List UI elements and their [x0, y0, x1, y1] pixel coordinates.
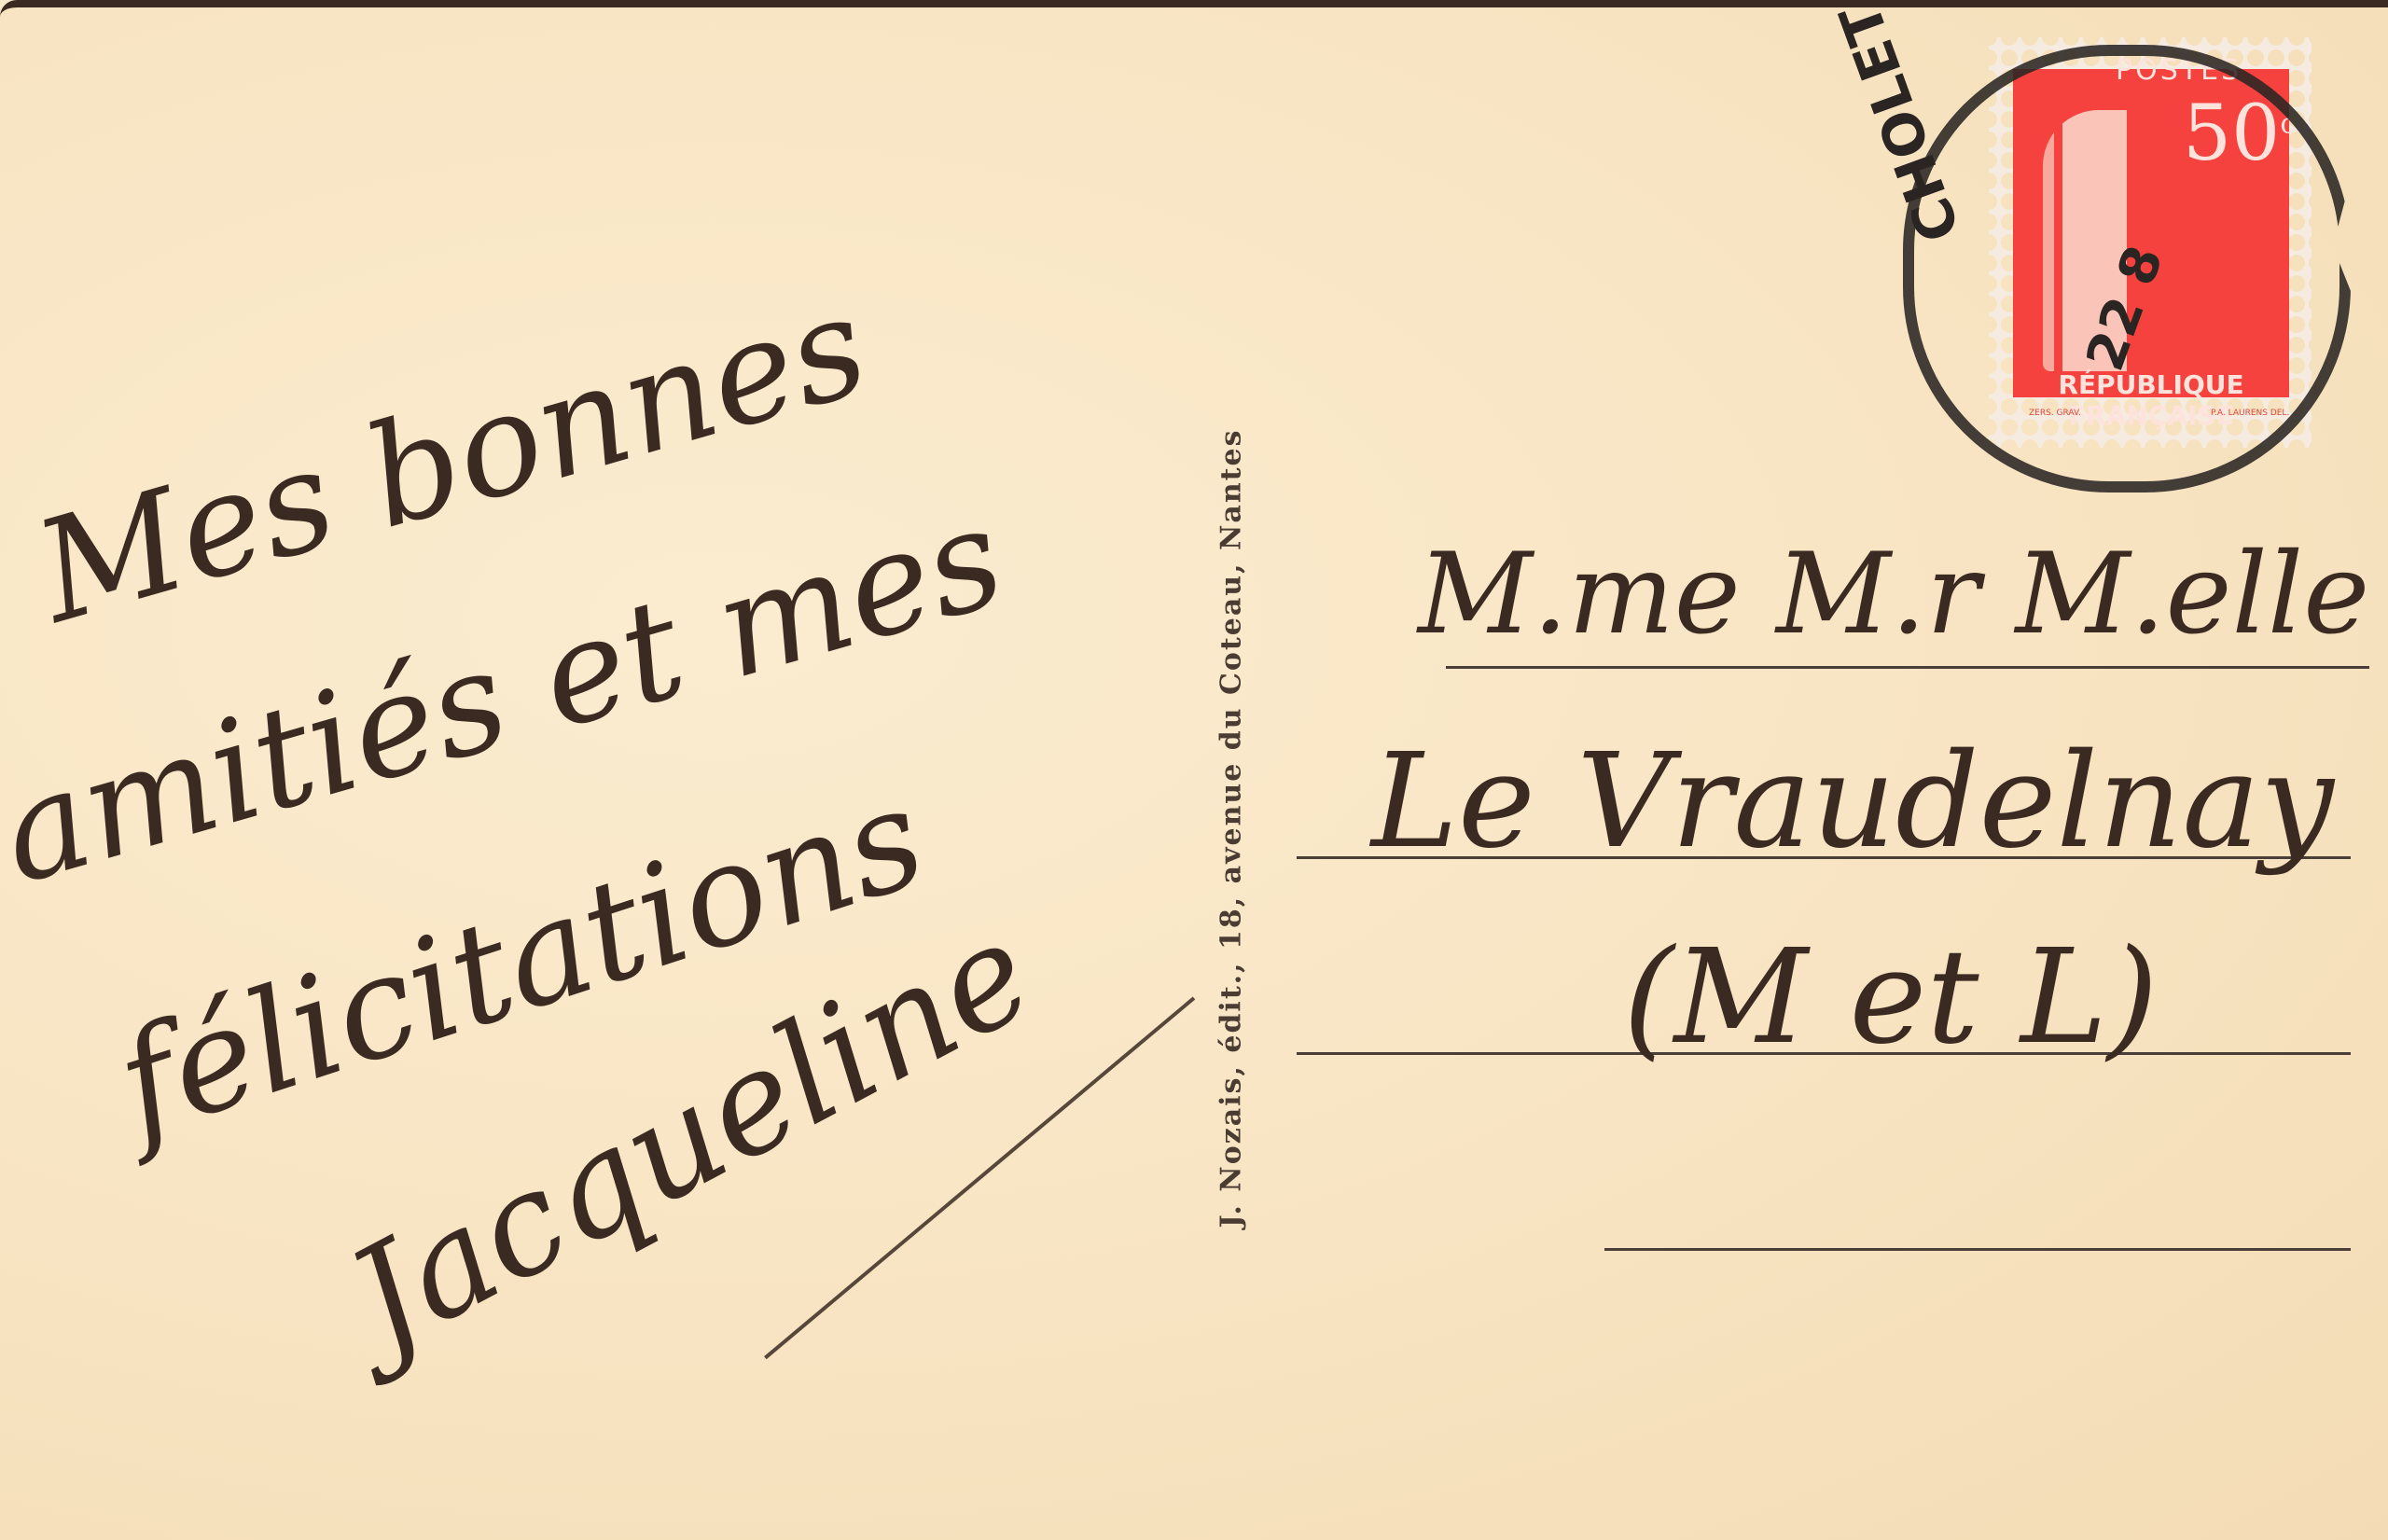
address-department: (M et L) — [1623, 922, 2159, 1074]
address-locality: Le Vraudelnay — [1371, 726, 2334, 878]
postcard-back: Mes bonnes amitiés et mes félicitations … — [0, 0, 2388, 1540]
publisher-imprint: J. Nozais, édit., 18, avenue du Coteau, … — [1203, 287, 1259, 1369]
address-rule-4 — [1604, 1248, 2351, 1251]
address-rule-1 — [1446, 666, 2369, 669]
address-recipient: M.me M.r M.elle Bertin — [1418, 530, 2388, 659]
publisher-imprint-text: J. Nozais, édit., 18, avenue du Coteau, … — [1215, 429, 1248, 1228]
